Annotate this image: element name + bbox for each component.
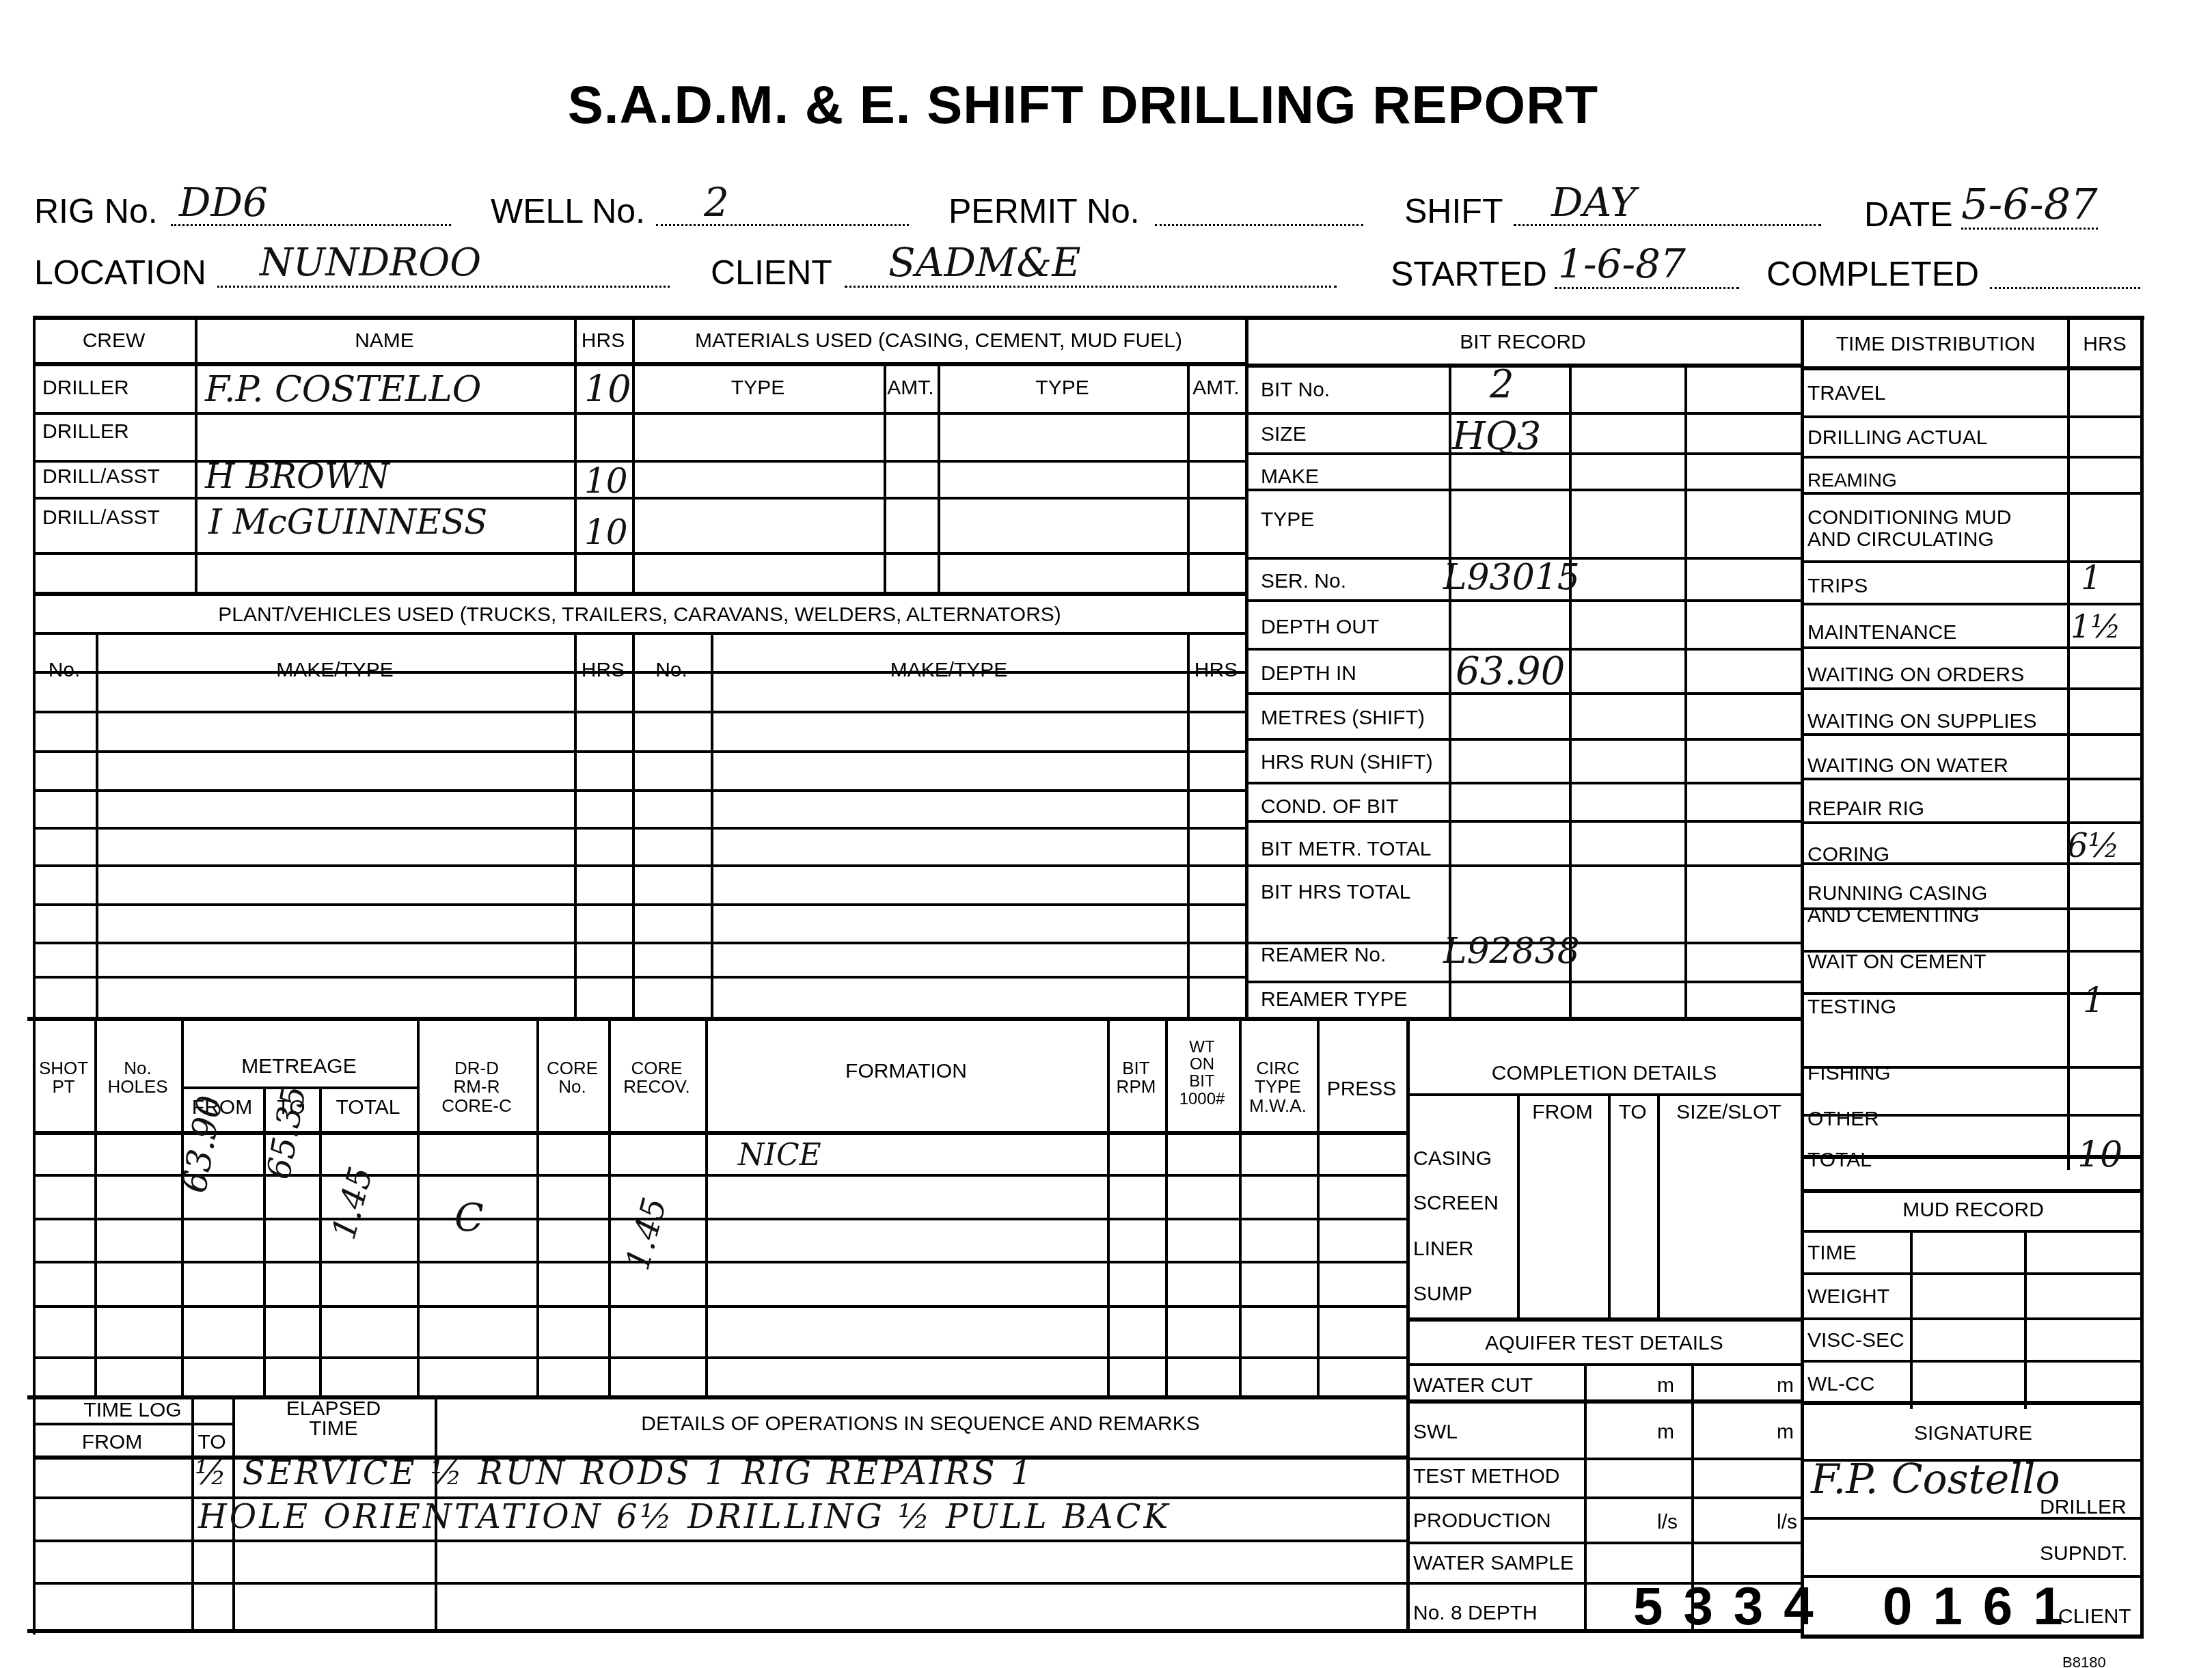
plant-no2-header: No. <box>632 659 711 681</box>
td-travel-label: TRAVEL <box>1807 383 1885 405</box>
crew-row-rule-1 <box>33 412 1246 415</box>
crew-row-rule-4 <box>33 552 1246 555</box>
well-no-label: WELL No. <box>491 191 645 231</box>
td-waiting-water-label: WAITING ON WATER <box>1807 755 2008 777</box>
bit-hrs-run-label: HRS RUN (SHIFT) <box>1261 752 1433 774</box>
completion-to-divider <box>1608 1093 1611 1319</box>
completion-screen-label: SCREEN <box>1413 1192 1499 1214</box>
completion-sump-label: SUMP <box>1413 1283 1473 1305</box>
rig-no-field[interactable]: DD6 <box>179 179 268 225</box>
crew-role-1: DRILLER <box>42 377 129 399</box>
crew-name-2[interactable] <box>198 417 571 458</box>
td-rule-9 <box>1803 778 2142 780</box>
log-rule-4 <box>33 1305 1406 1308</box>
crew-name-divider <box>195 316 197 592</box>
aquifer-water-cut-unit2: m <box>1777 1375 1794 1397</box>
bit-hrs-total-label: BIT HRS TOTAL <box>1261 881 1411 903</box>
completion-casing-label: CASING <box>1413 1148 1492 1170</box>
crew-hrs-1[interactable]: 10 <box>584 368 631 411</box>
plant-hrs2-header: HRS <box>1187 659 1245 681</box>
mud-header-rule <box>1803 1230 2142 1233</box>
plant-row-rule-7 <box>33 942 1246 944</box>
reamer-no-value[interactable]: L92838 <box>1443 931 1580 972</box>
bit-rule-11 <box>1245 864 1801 867</box>
well-no-line <box>656 224 909 226</box>
grid-bottom-left <box>27 1629 1804 1633</box>
aquifer-title-rule <box>1408 1363 1803 1366</box>
aquifer-rule-4 <box>1408 1542 1803 1544</box>
crew-header: CREW <box>33 330 195 352</box>
crew-name-4[interactable]: I McGUINNESS <box>208 502 487 542</box>
bit-size-value[interactable]: HQ3 <box>1452 414 1541 459</box>
td-rule-3 <box>1803 492 2142 495</box>
bit-value-divider <box>1449 364 1451 1020</box>
bit-header-rule <box>1245 364 1801 368</box>
td-reaming-label: REAMING <box>1807 470 1897 490</box>
bit-rule-13 <box>1245 981 1801 983</box>
aquifer-water-cut-label: WATER CUT <box>1413 1375 1533 1397</box>
supndt-sig-label: SUPNDT. <box>2040 1543 2127 1565</box>
form-code: B8180 <box>2062 1654 2106 1668</box>
materials-amt2-header: AMT. <box>1187 377 1245 399</box>
completed-field[interactable] <box>1990 287 2140 289</box>
td-fishing-label: FISHING <box>1807 1063 1891 1084</box>
td-repair-rig-label: REPAIR RIG <box>1807 798 1924 820</box>
plant-title-rule <box>33 632 1246 635</box>
mud-wl-label: WL-CC <box>1807 1373 1874 1395</box>
date-field[interactable]: 5-6-87 <box>1961 179 2098 229</box>
log-rule-3 <box>33 1261 1406 1263</box>
td-waiting-orders-label: WAITING ON ORDERS <box>1807 664 2024 686</box>
permit-no-label: PERMIT No. <box>948 191 1140 231</box>
timelog-to-divider <box>191 1395 194 1631</box>
aquifer-swl-unit1: m <box>1657 1421 1674 1443</box>
reamer-type-label: REAMER TYPE <box>1261 989 1408 1011</box>
well-no-field[interactable]: 2 <box>704 179 729 225</box>
crew-name-1[interactable]: F.P. COSTELLO <box>205 369 481 410</box>
bit-rule-8 <box>1245 738 1801 741</box>
bit-metr-total-label: BIT METR. TOTAL <box>1261 838 1432 860</box>
bit-depth-in-value[interactable]: 63.90 <box>1456 649 1565 694</box>
mud-rule-2 <box>1803 1317 2142 1320</box>
client-label: CLIENT <box>711 253 832 292</box>
td-trips-hrs[interactable]: 1 <box>2081 559 2102 597</box>
log-header-rule <box>33 1131 1406 1135</box>
log-formation-value[interactable]: NICE <box>738 1138 821 1173</box>
td-running-casing-label: RUNNING CASING AND CEMENTING <box>1807 883 1987 926</box>
log-rule-2 <box>33 1218 1406 1220</box>
circ-type-header: CIRC TYPE M.W.A. <box>1239 1059 1317 1115</box>
operations-line-2[interactable]: HOLE ORIENTATION 6½ DRILLING ½ PULL BACK <box>198 1498 1171 1536</box>
completion-bottom-rule <box>1408 1317 1803 1322</box>
plant-title: PLANT/VEHICLES USED (TRUCKS, TRAILERS, C… <box>33 604 1246 626</box>
time-log-title: TIME LOG <box>33 1399 232 1421</box>
plant-row-rule-4 <box>33 827 1246 830</box>
log-rule-5 <box>33 1356 1406 1359</box>
mud-title-top-rule <box>1803 1189 2142 1193</box>
td-conditioning-label: CONDITIONING MUD AND CIRCULATING <box>1807 507 2011 550</box>
completion-size-header: SIZE/SLOT <box>1657 1102 1801 1123</box>
plant-hrs2-divider <box>1187 632 1190 1018</box>
elapsed-time-header: ELAPSED TIME <box>232 1399 435 1438</box>
crew-hrs-3[interactable]: 10 <box>584 461 628 501</box>
shot-pt-header: SHOT PT <box>33 1059 94 1097</box>
crew-row-rule-3 <box>33 497 1246 500</box>
bit-ser-no-value[interactable]: L93015 <box>1443 557 1580 598</box>
mud-record-title: MUD RECORD <box>1804 1199 2142 1221</box>
completion-title: COMPLETION DETAILS <box>1408 1063 1801 1084</box>
crew-bottom-rule <box>33 592 1246 596</box>
operations-line-1[interactable]: ½ SERVICE ½ RUN RODS 1 RIG REPAIRS 1 <box>195 1454 1035 1492</box>
date-label: DATE <box>1864 195 1953 234</box>
materials-title: MATERIALS USED (CASING, CEMENT, MUD FUEL… <box>632 330 1245 352</box>
shift-label: SHIFT <box>1404 191 1503 231</box>
bit-depth-in-label: DEPTH IN <box>1261 663 1356 685</box>
completion-from-divider <box>1517 1093 1520 1319</box>
reamer-no-label: REAMER No. <box>1261 944 1386 966</box>
bit-no-label: BIT No. <box>1261 379 1330 401</box>
sig-driller-rule <box>1803 1517 2142 1520</box>
bit-rule-5 <box>1245 599 1801 602</box>
upper-section-bottom-rule <box>27 1017 1804 1021</box>
driller-signature[interactable]: F.P. Costello <box>1811 1455 2060 1503</box>
bit-rule-10 <box>1245 820 1801 823</box>
signature-title: SIGNATURE <box>1804 1423 2142 1445</box>
bit-col4-divider <box>1684 364 1687 1020</box>
plant-no2-divider <box>632 632 635 1018</box>
shift-field[interactable]: DAY <box>1551 179 1636 225</box>
plant-make1-divider <box>96 632 98 1018</box>
location-field[interactable]: NUNDROO <box>260 241 481 285</box>
completed-label: COMPLETED <box>1766 254 1979 294</box>
metreage-total-header: TOTAL <box>319 1097 417 1119</box>
bit-ser-no-label: SER. No. <box>1261 571 1346 592</box>
crew-role-4: DRILL/ASST <box>42 507 160 529</box>
no8-depth-label: No. 8 DEPTH <box>1413 1602 1538 1624</box>
completion-liner-label: LINER <box>1413 1238 1473 1260</box>
td-rule-2 <box>1803 456 2142 459</box>
bit-metres-shift-label: METRES (SHIFT) <box>1261 707 1425 729</box>
log-dr-rm-core-value[interactable]: C <box>454 1196 484 1240</box>
location-line <box>217 286 670 288</box>
td-testing-hrs[interactable]: 1 <box>2083 981 2105 1020</box>
td-rule-10 <box>1803 821 2142 824</box>
grid-top <box>33 316 2144 320</box>
td-total-hrs[interactable]: 10 <box>2077 1134 2122 1175</box>
bit-record-title: BIT RECORD <box>1245 331 1801 353</box>
client-line <box>845 286 1337 288</box>
td-coring-hrs[interactable]: 6½ <box>2067 827 2120 865</box>
bit-rule-9 <box>1245 782 1801 784</box>
location-label: LOCATION <box>34 253 206 292</box>
td-rule-7 <box>1803 687 2142 690</box>
td-rule-1 <box>1803 415 2142 418</box>
plant-make2-divider <box>711 632 713 1018</box>
no8-depth-value: 5334 <box>1633 1575 1834 1637</box>
td-maintenance-label: MAINTENANCE <box>1807 622 1956 644</box>
mud-bottom-rule <box>1803 1401 2142 1405</box>
plant-row-rule-1 <box>33 711 1246 713</box>
materials-amt1-header: AMT. <box>884 377 938 399</box>
crew-role-3: DRILL/ASST <box>42 466 160 488</box>
materials-type2-header: TYPE <box>938 377 1187 399</box>
crew-header-rule <box>33 362 1246 366</box>
time-log-to-header: TO <box>191 1432 232 1453</box>
completion-size-divider <box>1657 1093 1660 1319</box>
operations-line-3[interactable] <box>236 1543 1404 1581</box>
timedist-hrs-divider <box>2067 316 2070 1170</box>
mud-visc-label: VISC-SEC <box>1807 1330 1904 1352</box>
aquifer-rule-3 <box>1408 1496 1803 1499</box>
bitrecord-divider <box>1245 316 1248 1020</box>
operations-line-4[interactable] <box>236 1585 1404 1626</box>
aquifer-swl-unit2: m <box>1777 1421 1794 1443</box>
log-press-divider <box>1317 1018 1320 1397</box>
td-waiting-supplies-label: WAITING ON SUPPLIES <box>1807 711 2037 733</box>
mud-weight-label: WEIGHT <box>1807 1286 1889 1308</box>
td-coring-label: CORING <box>1807 844 1889 866</box>
bit-rpm-header: BIT RPM <box>1107 1059 1165 1097</box>
plant-hrs1-header: HRS <box>574 659 632 681</box>
td-rule-5 <box>1803 603 2142 605</box>
press-header: PRESS <box>1317 1078 1406 1100</box>
aquifer-swl-label: SWL <box>1413 1421 1458 1443</box>
aquifer-production-unit2: l/s <box>1777 1512 1797 1533</box>
td-testing-label: TESTING <box>1807 996 1896 1018</box>
aquifer-production-unit1: l/s <box>1657 1512 1678 1533</box>
bit-make-label: MAKE <box>1261 466 1319 488</box>
client-field[interactable]: SADM&E <box>888 239 1080 286</box>
time-dist-hrs-header: HRS <box>2067 333 2142 355</box>
crew-hrs-4[interactable]: 10 <box>584 512 628 552</box>
aquifer-title: AQUIFER TEST DETAILS <box>1408 1332 1801 1354</box>
dr-rm-core-header: DR-D RM-R CORE-C <box>417 1059 536 1115</box>
bit-col3-divider <box>1569 364 1572 1020</box>
plant-row-rule-2 <box>33 750 1246 753</box>
bit-depth-out-label: DEPTH OUT <box>1261 616 1379 638</box>
time-dist-title: TIME DISTRIBUTION <box>1804 333 2067 355</box>
completion-to-header: TO <box>1608 1102 1657 1123</box>
bit-rule-3 <box>1245 489 1801 491</box>
td-rule-8 <box>1803 733 2142 736</box>
aquifer-test-method-label: TEST METHOD <box>1413 1466 1559 1488</box>
aquifer-water-sample-label: WATER SAMPLE <box>1413 1553 1574 1574</box>
aquifer-water-cut-unit1: m <box>1657 1375 1674 1397</box>
bit-type-label: TYPE <box>1261 509 1314 531</box>
plant-row-rule-8 <box>33 976 1246 979</box>
formation-header: FORMATION <box>705 1061 1107 1082</box>
td-other-label: OTHER <box>1807 1108 1879 1130</box>
timelog-sub-rule <box>33 1423 232 1425</box>
permit-no-field[interactable] <box>1155 224 1363 226</box>
no-holes-header: No. HOLES <box>94 1059 181 1097</box>
td-rule-6 <box>1803 646 2142 649</box>
bit-no-value[interactable]: 2 <box>1490 362 1514 407</box>
bit-cond-label: COND. OF BIT <box>1261 796 1399 818</box>
client-sig-label: CLIENT <box>2058 1606 2131 1628</box>
mud-rule-1 <box>1803 1272 2142 1275</box>
materials-type1-header: TYPE <box>632 377 884 399</box>
plant-row-rule-6 <box>33 903 1246 906</box>
time-log-from-header: FROM <box>33 1432 191 1453</box>
plant-row-rule-5 <box>33 864 1246 867</box>
supndt-signature[interactable] <box>1807 1520 2033 1575</box>
core-no-header: CORE No. <box>536 1059 608 1097</box>
plant-no1-header: No. <box>33 659 96 681</box>
driller-sig-label: DRILLER <box>2040 1496 2127 1518</box>
started-line <box>1555 287 1739 289</box>
completion-divider <box>1406 1018 1410 1633</box>
crew-role-2: DRILLER <box>42 421 129 443</box>
rig-no-label: RIG No. <box>34 191 158 231</box>
crew-hrs-divider <box>574 316 577 592</box>
timelog-rule-3 <box>33 1582 1406 1585</box>
completion-from-header: FROM <box>1517 1102 1608 1123</box>
td-maintenance-hrs[interactable]: 1½ <box>2071 608 2121 645</box>
wt-on-bit-header: WT ON BIT 1000# <box>1165 1039 1239 1108</box>
crew-hrs-header: HRS <box>574 330 632 352</box>
client-number: 0161 <box>1883 1575 2084 1637</box>
completion-title-rule <box>1408 1093 1803 1096</box>
crew-name-3[interactable]: H BROWN <box>205 456 390 496</box>
started-label: STARTED <box>1391 254 1547 294</box>
plant-make2-header: MAKE/TYPE <box>711 659 1187 681</box>
bit-size-label: SIZE <box>1261 424 1307 446</box>
mud-time-label: TIME <box>1807 1242 1857 1264</box>
td-wait-cement-label: WAIT ON CEMENT <box>1807 951 1986 973</box>
td-drilling-actual-label: DRILLING ACTUAL <box>1807 427 1987 449</box>
td-total-label: TOTAL <box>1807 1149 1872 1171</box>
mud-rule-3 <box>1803 1360 2142 1363</box>
aquifer-rule-2 <box>1408 1458 1803 1460</box>
td-rule-0 <box>1803 366 2142 370</box>
plant-hrs1-divider <box>574 632 577 1018</box>
name-header: NAME <box>195 330 574 352</box>
timelog-rule-2 <box>33 1540 1406 1542</box>
plant-make1-header: MAKE/TYPE <box>96 659 574 681</box>
core-recov-header: CORE RECOV. <box>608 1059 705 1097</box>
started-field[interactable]: 1-6-87 <box>1558 241 1686 287</box>
metreage-header: METREAGE <box>181 1056 417 1078</box>
td-trips-label: TRIPS <box>1807 575 1868 597</box>
plant-row-rule-3 <box>33 789 1246 792</box>
aquifer-rule-1 <box>1408 1399 1803 1404</box>
operations-details-header: DETAILS OF OPERATIONS IN SEQUENCE AND RE… <box>435 1413 1406 1435</box>
report-title: S.A.D.M. & E. SHIFT DRILLING REPORT <box>0 74 2166 136</box>
log-rule-1 <box>33 1174 1406 1177</box>
aquifer-production-label: PRODUCTION <box>1413 1510 1551 1532</box>
materials-divider <box>632 316 635 592</box>
